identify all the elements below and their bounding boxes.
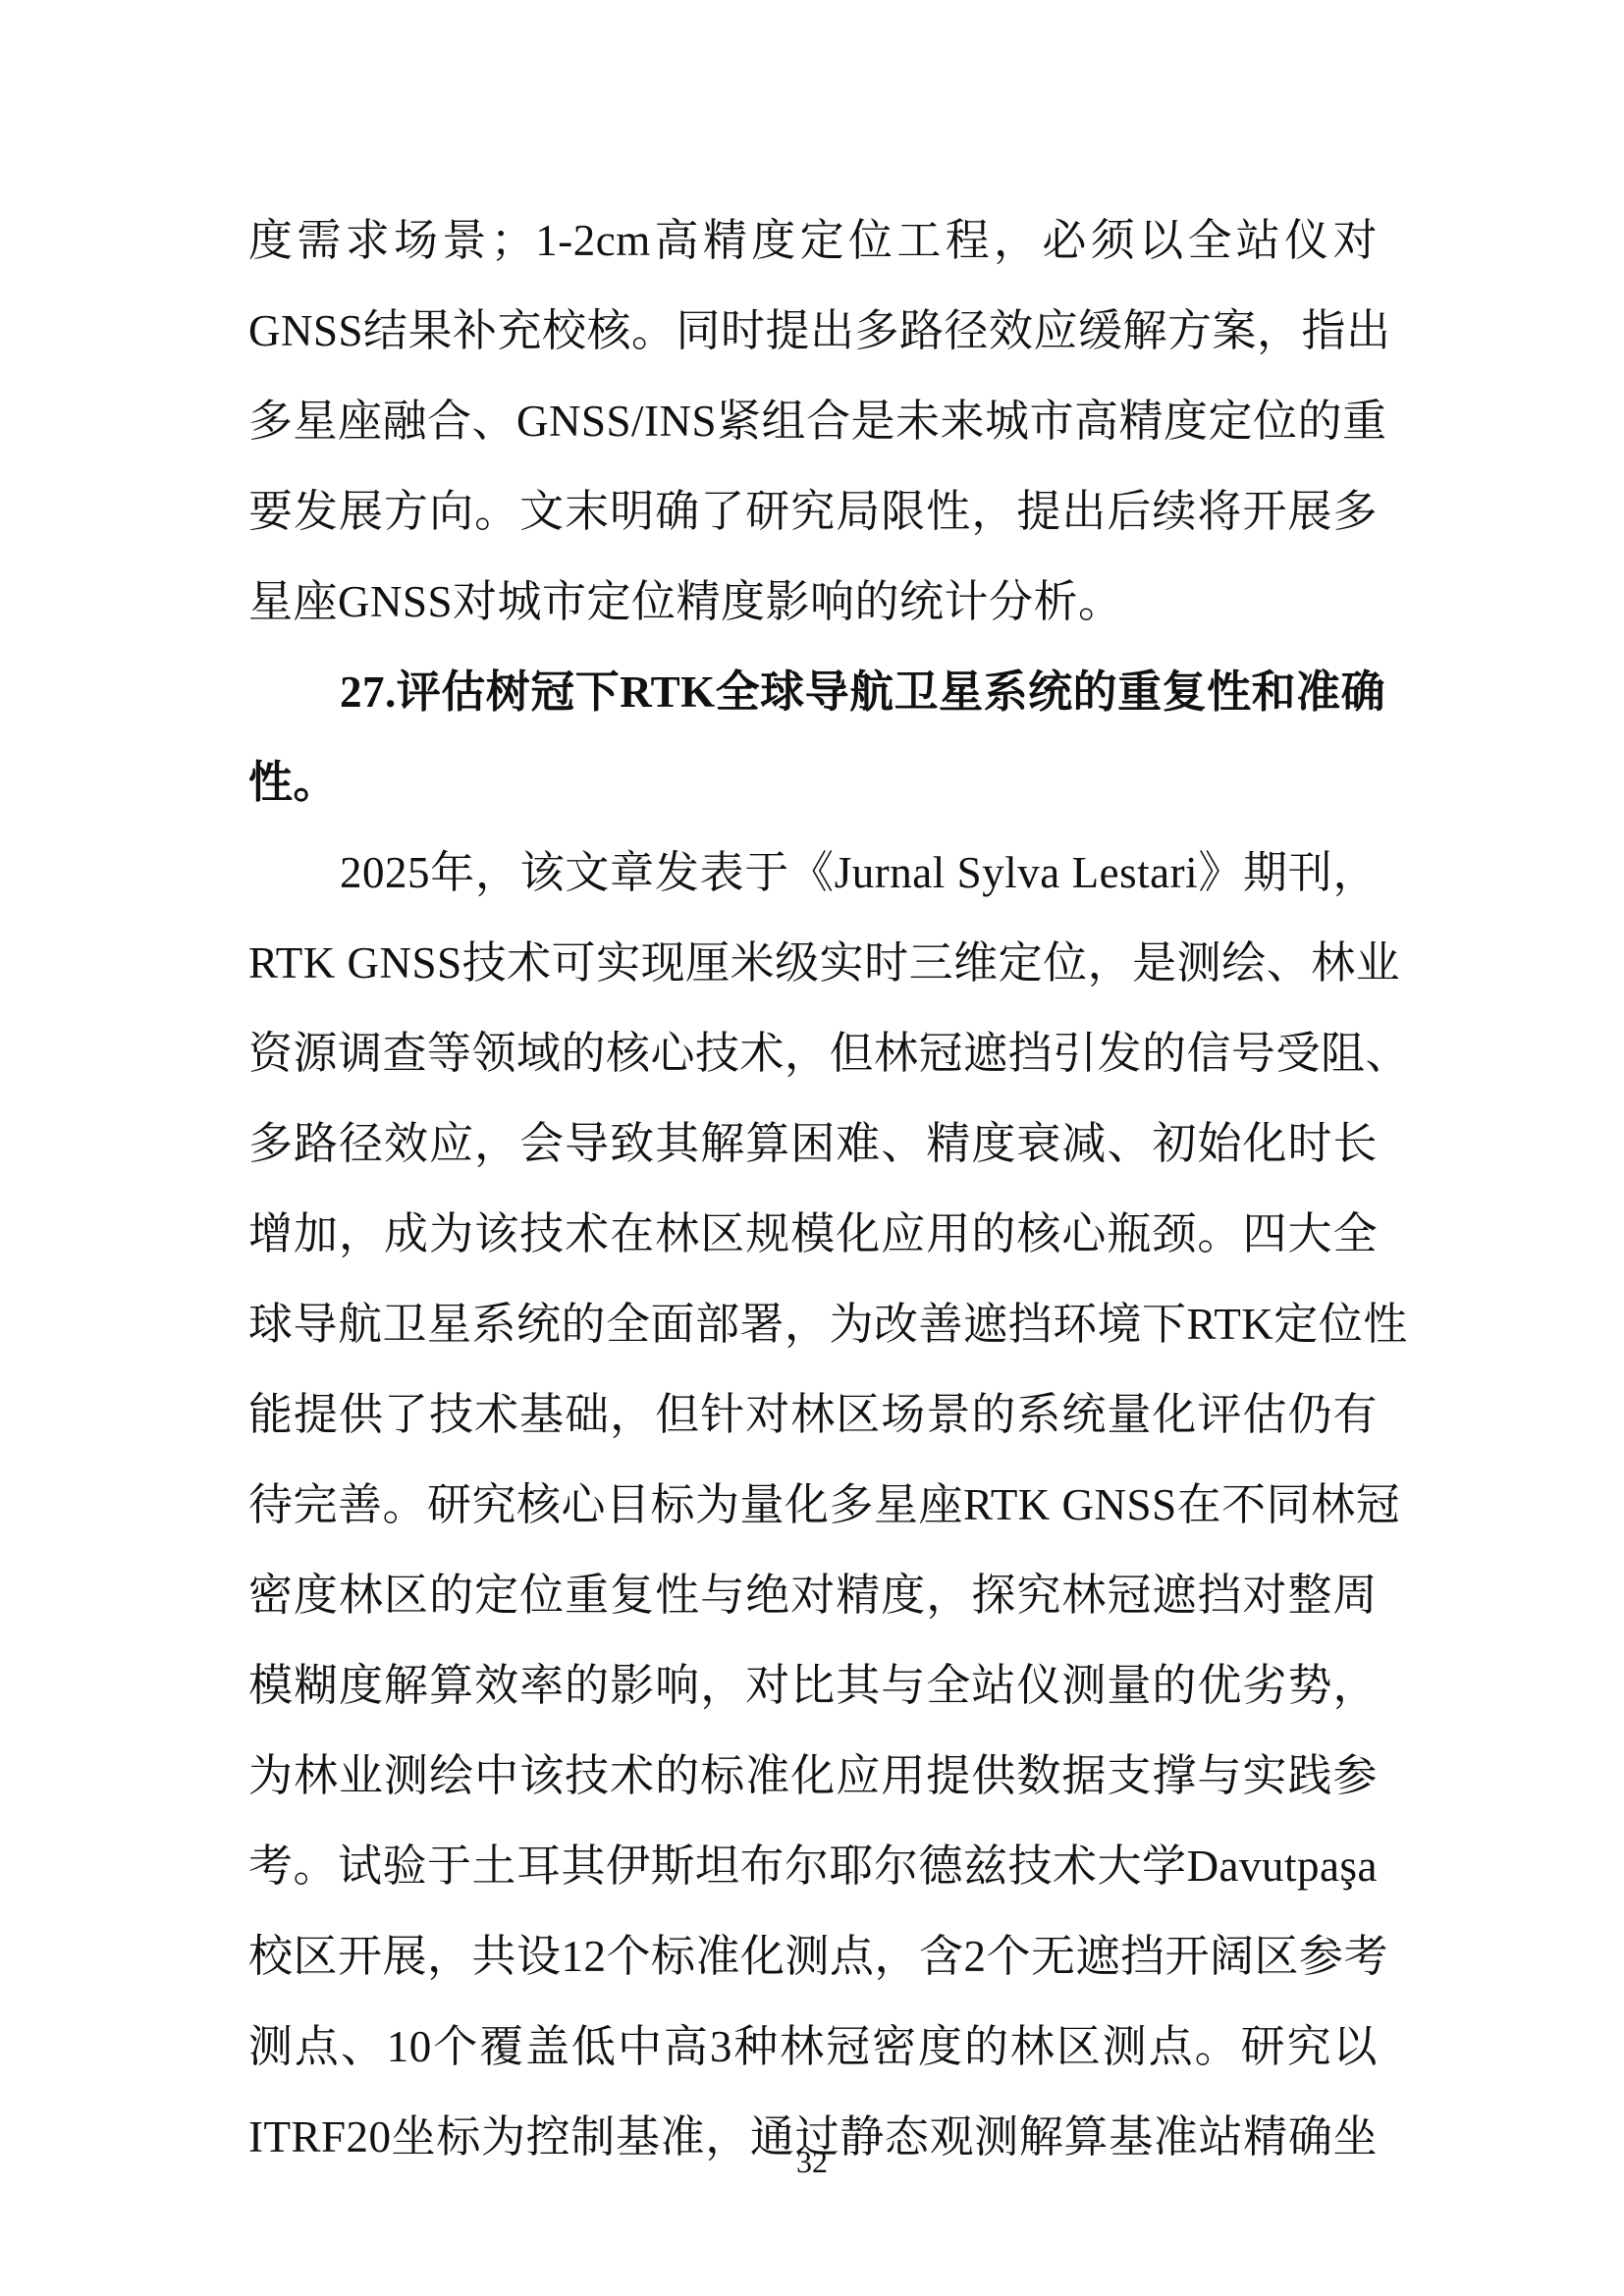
- text-line: 能提供了技术基础，但针对林区场景的系统量化评估仍有: [248, 1369, 1378, 1460]
- text-line: 密度林区的定位重复性与绝对精度，探究林冠遮挡对整周: [248, 1550, 1378, 1640]
- text-line: 待完善。研究核心目标为量化多星座RTK GNSS在不同林冠: [248, 1460, 1378, 1550]
- document-page: 度需求场景；1-2cm高精度定位工程，必须以全站仪对 GNSS结果补充校核。同时…: [0, 0, 1624, 2296]
- text-line: 多星座融合、GNSS/INS紧组合是未来城市高精度定位的重: [248, 376, 1378, 466]
- text-line: 星座GNSS对城市定位精度影响的统计分析。: [248, 557, 1378, 647]
- text-line: 增加，成为该技术在林区规模化应用的核心瓶颈。四大全: [248, 1189, 1378, 1279]
- text-line: RTK GNSS技术可实现厘米级实时三维定位，是测绘、林业: [248, 918, 1378, 1008]
- text-line: 考。试验于土耳其伊斯坦布尔耶尔德兹技术大学Davutpaşa: [248, 1821, 1378, 1911]
- text-line: 2025年，该文章发表于《Jurnal Sylva Lestari》期刊，: [340, 828, 1378, 918]
- text-line: 为林业测绘中该技术的标准化应用提供数据支撑与实践参: [248, 1731, 1378, 1821]
- heading-line: 27.评估树冠下RTK全球导航卫星系统的重复性和准确: [340, 647, 1378, 737]
- text-line: 球导航卫星系统的全面部署，为改善遮挡环境下RTK定位性: [248, 1279, 1378, 1369]
- text-line: 度需求场景；1-2cm高精度定位工程，必须以全站仪对: [248, 195, 1378, 286]
- text-line: 多路径效应，会导致其解算困难、精度衰减、初始化时长: [248, 1098, 1378, 1189]
- text-line: 校区开展，共设12个标准化测点，含2个无遮挡开阔区参考: [248, 1911, 1378, 2002]
- heading-line: 性。: [248, 737, 1378, 828]
- text-line: GNSS结果补充校核。同时提出多路径效应缓解方案，指出: [248, 286, 1378, 376]
- text-line: 模糊度解算效率的影响，对比其与全站仪测量的优劣势，: [248, 1640, 1378, 1731]
- text-line: 要发展方向。文末明确了研究局限性，提出后续将开展多: [248, 466, 1378, 557]
- text-line: 测点、10个覆盖低中高3种林冠密度的林区测点。研究以: [248, 2002, 1378, 2092]
- text-line: 资源调查等领域的核心技术，但林冠遮挡引发的信号受阻、: [248, 1008, 1378, 1098]
- page-number: 32: [0, 2138, 1624, 2185]
